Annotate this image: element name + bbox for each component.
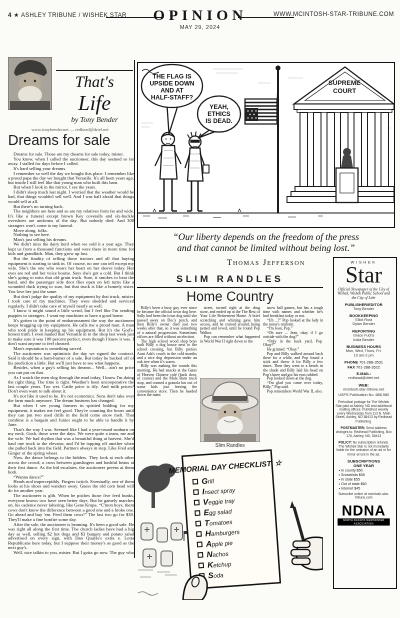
bubble2-line3: IS DEAD. xyxy=(205,118,232,125)
article-paragraph: But don't judge the quality of my equipm… xyxy=(8,294,134,308)
man-figure xyxy=(155,133,181,212)
hand-with-pen xyxy=(290,501,323,570)
article-paragraph: Besides, when a guy's selling his dreams… xyxy=(8,365,134,374)
phone-label: PHONE xyxy=(344,361,358,365)
staff-name: India Bender xyxy=(335,338,392,342)
article-paragraph: Well, nice talkin to you, mister. But I … xyxy=(8,550,134,556)
column-title-line2: Life xyxy=(56,91,133,116)
article-paragraph: We didn't miss the dairy herd when we so… xyxy=(8,242,134,256)
checklist-item-initial: G xyxy=(201,477,208,486)
checklist-item: achos xyxy=(212,552,228,559)
ndna-logo: NDNA xyxy=(335,504,392,518)
checklist-item: rill xyxy=(208,479,215,485)
article-paragraph: I didn't sleep much last night. I worrie… xyxy=(8,190,134,204)
quote-line2: and that cannot be limited without being… xyxy=(137,244,395,255)
home-country-columns: Billy's been a busy guy ever since he be… xyxy=(137,306,323,456)
bubble1-line3: AND AT xyxy=(161,88,184,95)
masthead-box: WISHEK Star Official Newspaper of the Ci… xyxy=(333,257,397,589)
woman-figure xyxy=(185,132,209,212)
fax-number: 701-288-3522 xyxy=(356,366,380,370)
hc-paragraph: Pop can remember what happened in World … xyxy=(200,335,260,343)
slim-randles-photo xyxy=(200,378,260,442)
hc-paragraph: Pop remembers World War II, also. xyxy=(263,390,323,394)
speech-bubble-ethics: YEAH, ETHICS IS DEAD. xyxy=(198,96,241,138)
hours-time: 10 am-2 pm xyxy=(335,353,392,357)
subscription-rates: • In county $50 • Snowbirds $55 • In sta… xyxy=(339,469,392,491)
subscriptions-title-line2: ONE YEAR xyxy=(335,464,392,468)
home-country-col2: street, turned right at the drug store, … xyxy=(200,306,260,456)
article-paragraph: But the finality of selling those tracto… xyxy=(8,256,134,294)
editorial-cartoon: SUPREME COURT xyxy=(137,62,395,228)
fax-label: FAX xyxy=(347,366,354,370)
phone-line: PHONE 701-288-3531 xyxy=(335,361,392,365)
bubble1-line2: UPSIDE DOWN xyxy=(150,81,195,88)
header-url: WWW.MCINTOSH-STAR-TRIBUNE.COM xyxy=(274,12,394,18)
article-paragraph: I remember so well the day we bought thi… xyxy=(8,171,134,185)
masthead-name: Star xyxy=(335,265,392,287)
hc-paragraph: Billy's been a busy guy ever since he be… xyxy=(137,306,197,339)
article-paragraph: It's gotten to the point of embarrassmen… xyxy=(8,318,134,346)
hc-paragraph: Pop and Billy walked around back there f… xyxy=(263,352,323,377)
building-label-line2: COURT xyxy=(333,88,356,95)
article-paragraph: But when I see young farmers in spirited… xyxy=(8,403,134,427)
hc-paragraph: Billy was making the rounds this morning… xyxy=(137,364,197,397)
home-country-title: Home Country xyxy=(137,289,323,304)
article-paragraph: Heads nod imperceptibly. Fingers twitch.… xyxy=(8,479,134,493)
star-outline-icon: ☆ xyxy=(275,458,284,468)
building-label-line1: SUPREME xyxy=(328,80,361,87)
hc-paragraph: The high school wood shop boys built Bil… xyxy=(137,339,197,364)
thumb-holding-paper xyxy=(183,575,207,600)
postal-info: Periodical postage for The Wishek Star p… xyxy=(335,401,392,424)
staff-name: Tony Bender xyxy=(335,307,392,311)
column-byline: by Tony Bender xyxy=(56,115,133,124)
article-paragraph: The neighbors are here and so are my rel… xyxy=(8,209,134,228)
supreme-court-building: SUPREME COURT xyxy=(287,67,394,203)
postmaster-note: POSTMASTER: Send address changes to: Red… xyxy=(335,427,392,439)
article-paragraph: The auctioneer is glib. When he pitches … xyxy=(8,494,134,522)
checklist-item: oda xyxy=(213,573,224,580)
article-paragraph: That's the way I was. Seemed like I had … xyxy=(8,427,134,455)
speech-bubble-flag: THE FLAG IS UPSIDE DOWN AND AT HALF-STAF… xyxy=(142,65,203,135)
article-paragraph: I know it might sound a little weird, bu… xyxy=(8,309,134,318)
article-body: Dreams for sale. Those are my dreams for… xyxy=(8,152,134,556)
article-headline: Dreams for sale xyxy=(8,133,110,149)
masthead-tagline: Official Newspaper of the City of Wishek… xyxy=(335,287,392,300)
article-paragraph: As I watch the men slog through the mud … xyxy=(8,375,134,394)
home-country-kicker: SLIM RANDLES xyxy=(137,274,323,288)
fax-line: FAX 701-288-3522 xyxy=(335,366,392,370)
hc-paragraph: street, turned right at the drug store, … xyxy=(200,306,260,335)
memorial-day-cartoon: MEMORIAL DAY CHECKLIST ☆ Grill Insect sp… xyxy=(135,448,323,600)
checklist-paper: MEMORIAL DAY CHECKLIST ☆ Grill Insect sp… xyxy=(168,449,292,590)
article-paragraph: You know, when I called the auctioneer, … xyxy=(8,157,134,166)
cemetery-background xyxy=(138,464,189,596)
cartoonist-signature xyxy=(138,592,158,596)
newspaper-opinion-page: 4 ★ ASHLEY TRIBUNE / WISHEK STAR OPINION… xyxy=(0,0,400,618)
phone-number: 701-288-3531 xyxy=(359,361,383,365)
usps-number: USPS Publication No. 688-980 xyxy=(335,393,392,397)
column-title-line1: That's xyxy=(56,74,133,92)
home-country-col3: snow ball games, but has a tough time wi… xyxy=(263,306,323,456)
article-paragraph: After the sale, the auctioneer is beamin… xyxy=(8,522,134,550)
staff-name: Dylan Bender xyxy=(335,322,392,326)
flag-half-staff xyxy=(245,66,281,214)
article-paragraph: Now, the dance belongs to the bidders. T… xyxy=(8,456,134,475)
email-value: redhead@drtel.net xyxy=(335,376,392,380)
policy-note: POLICY: No subscription refunds. The Wis… xyxy=(335,441,392,456)
topper-rule xyxy=(56,70,133,71)
ndna-tagline: NORTH DAKOTA NEWSPAPER ASSOCIATION xyxy=(338,518,390,525)
web-value: mcintosh-star-tribune.net xyxy=(335,388,392,392)
rate-item: • Internet $45 xyxy=(339,487,392,491)
checklist-item-initial: A xyxy=(205,539,213,548)
bubble1-line4: HALF-STAFF? xyxy=(151,95,193,102)
bubble1-line1: THE FLAG IS xyxy=(153,74,192,81)
header-date: MAY 29, 2024 xyxy=(0,25,400,31)
hc-paragraph: snow ball games, but has a tough time wi… xyxy=(263,306,323,319)
subscribe-note: Subscribe online at mcintosh-star-tribun… xyxy=(335,493,392,501)
article-paragraph: The auctioneer was optimistic the day we… xyxy=(8,351,134,365)
tony-bender-photo xyxy=(8,57,52,110)
column-contact: www.tonybender.net — redhead@drtel.net xyxy=(6,127,134,132)
bubble2-line1: YEAH, xyxy=(209,104,228,111)
home-country-col1: Billy's been a busy guy ever since he be… xyxy=(137,306,197,456)
quote-line1: “Our liberty depends on the freedom of t… xyxy=(137,233,395,244)
bubble2-line2: ETHICS xyxy=(208,111,231,118)
